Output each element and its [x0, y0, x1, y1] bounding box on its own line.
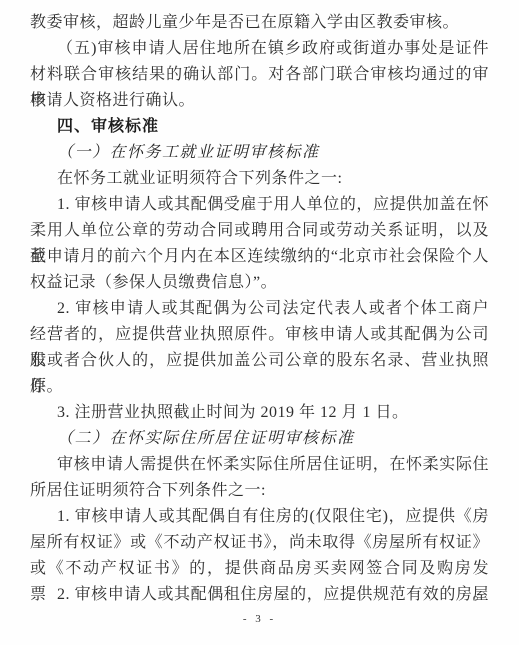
body-line: 件。 — [30, 374, 489, 400]
document-page: 教委审核，超龄儿童少年是否已在原籍入学由区教委审核。 （五)审核申请人居住地所在… — [0, 0, 519, 645]
body-line: 材料联合审核结果的确认部门。对各部门联合审核均通过的审核 — [30, 62, 489, 88]
body-line: 申请人资格进行确认。 — [30, 88, 489, 114]
section-heading: 四、审核标准 — [30, 114, 489, 140]
body-line: 所居住证明须符合下列条件之一: — [30, 478, 489, 504]
body-line: 东或者合伙人的，应提供加盖公司公章的股东名录、营业执照原 — [30, 348, 489, 374]
body-line: 2. 审核申请人或其配偶租住房屋的，应提供规范有效的房屋 — [30, 582, 489, 608]
body-line: （五)审核申请人居住地所在镇乡政府或街道办事处是证件 — [30, 36, 489, 62]
body-line: 教委审核，超龄儿童少年是否已在原籍入学由区教委审核。 — [30, 10, 489, 36]
body-line: 1. 审核申请人或其配偶受雇于用人单位的，应提供加盖在怀 — [30, 192, 489, 218]
subsection-heading: （一）在怀务工就业证明审核标准 — [30, 140, 489, 166]
body-line: 至申请月的前六个月内在本区连续缴纳的“北京市社会保险个人 — [30, 244, 489, 270]
body-line: 屋所有权证》或《不动产权证书》，尚未取得《房屋所有权证》 — [30, 530, 489, 556]
body-line: 审核申请人需提供在怀柔实际住所居住证明，在怀柔实际住 — [30, 452, 489, 478]
subsection-heading: （二）在怀实际住所居住证明审核标准 — [30, 426, 489, 452]
body-line: 1. 审核申请人或其配偶自有住房的(仅限住宅)，应提供《房 — [30, 504, 489, 530]
body-line: 柔用人单位公章的劳动合同或聘用合同或劳动关系证明，以及截 — [30, 218, 489, 244]
body-line: 3. 注册营业执照截止时间为 2019 年 12 月 1 日。 — [30, 400, 489, 426]
body-line: 2. 审核申请人或其配偶为公司法定代表人或者个体工商户 — [30, 296, 489, 322]
body-line: 或《不动产权证书》的，提供商品房买卖网签合同及购房发票。 — [30, 556, 489, 582]
body-line: 经营者的，应提供营业执照原件。审核申请人或其配偶为公司股 — [30, 322, 489, 348]
document-body: 教委审核，超龄儿童少年是否已在原籍入学由区教委审核。 （五)审核申请人居住地所在… — [30, 10, 489, 608]
body-line: 权益记录（参保人员缴费信息）”。 — [30, 270, 489, 296]
page-number: - 3 - — [0, 613, 519, 625]
body-line: 在怀务工就业证明须符合下列条件之一: — [30, 166, 489, 192]
